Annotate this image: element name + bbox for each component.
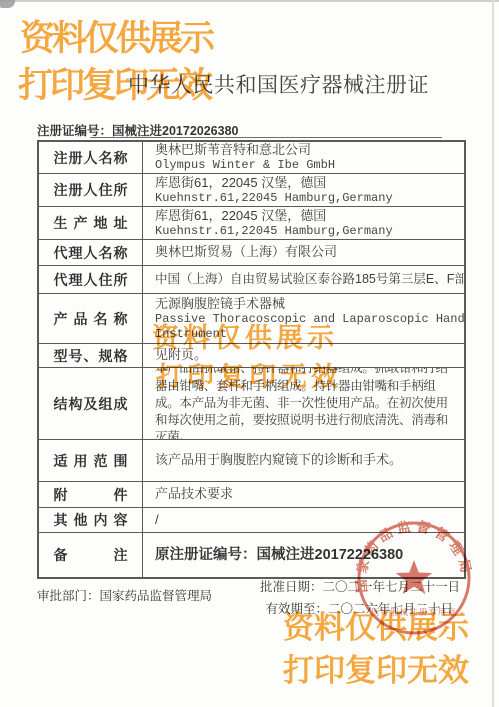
approval-department-value: 国家药品监督管理局 bbox=[100, 589, 213, 603]
row-label: 代理人住所 bbox=[54, 270, 128, 290]
row-value-cell: 奥林巴斯苇音特和意北公司 Olympus Winter & Ibe GmbH bbox=[143, 142, 464, 173]
table-row-production-address: 生产地址 库恩街61，22045 汉堡，德国 Kuehnstr.61,22045… bbox=[39, 206, 464, 239]
certificate-page: 资料仅供展示 打印复印无效 资料仅供展示 打印复印无效 资料仅供展示 打印复印无… bbox=[0, 0, 499, 707]
table-row-registrant-address: 注册人住所 库恩街61，22045 汉堡，德国 Kuehnstr.61,2204… bbox=[39, 173, 464, 206]
value-zh: 该产品用于胸腹腔内窥镜下的诊断和手术。 bbox=[155, 452, 458, 468]
row-label: 结构及组成 bbox=[54, 394, 128, 414]
approval-department-line: 审批部门：国家药品监督管理局 bbox=[37, 586, 212, 604]
value-en: Kuehnstr.61,22045 Hamburg,Germany bbox=[155, 224, 458, 238]
row-label: 注册人名称 bbox=[54, 148, 128, 168]
registration-number-line: 注册证编号：国械注进20172026380 bbox=[37, 121, 239, 139]
approval-department-label: 审批部门： bbox=[37, 589, 100, 603]
value-zh: 奥林巴斯苇音特和意北公司 bbox=[155, 142, 458, 158]
value-zh: 库恩街61，22045 汉堡，德国 bbox=[155, 175, 458, 191]
table-row-agent-name: 代理人名称 奥林巴斯贸易（上海）有限公司 bbox=[39, 239, 464, 265]
row-value-cell: 中国（上海）自由贸易试验区泰谷路185号第三层E、F部位 bbox=[143, 266, 464, 293]
row-label-cell: 备注 bbox=[39, 533, 143, 577]
table-row-scope-of-application: 适用范围 该产品用于胸腹腔内窥镜下的诊断和手术。 bbox=[39, 439, 464, 481]
table-row-agent-address: 代理人住所 中国（上海）自由贸易试验区泰谷路185号第三层E、F部位 bbox=[39, 265, 464, 293]
scan-corner-mark bbox=[0, 0, 15, 8]
row-value-cell: 产品技术要求 bbox=[143, 482, 464, 507]
approval-date-label: 批准日期： bbox=[260, 580, 323, 594]
row-label: 适用范围 bbox=[54, 451, 128, 471]
watermark-middle-line1: 资料仅供展示 bbox=[152, 316, 338, 355]
scan-right-edge bbox=[492, 0, 494, 707]
row-label: 型号、规格 bbox=[54, 346, 128, 366]
row-label-cell: 型号、规格 bbox=[39, 344, 143, 367]
watermark-bottom-line1: 资料仅供展示 bbox=[283, 602, 469, 647]
row-value-cell: 库恩街61，22045 汉堡，德国 Kuehnstr.61,22045 Hamb… bbox=[143, 207, 464, 239]
row-label-cell: 生产地址 bbox=[39, 207, 143, 239]
row-label: 备注 bbox=[54, 545, 128, 565]
row-label-cell: 附件 bbox=[39, 482, 143, 507]
watermark-bottom-line2: 打印复印无效 bbox=[283, 645, 469, 690]
watermark-top-line2: 打印复印无效 bbox=[18, 58, 210, 108]
row-label-cell: 代理人住所 bbox=[39, 266, 143, 293]
row-value-cell: 奥林巴斯贸易（上海）有限公司 bbox=[143, 240, 464, 265]
seal-star-icon bbox=[396, 560, 432, 594]
value-en: Kuehnstr.61,22045 Hamburg,Germany bbox=[155, 191, 458, 205]
table-row-attachment: 附件 产品技术要求 bbox=[39, 481, 464, 507]
row-label: 生产地址 bbox=[54, 213, 128, 233]
value-zh: 无源胸腹腔镜手术器械 bbox=[155, 296, 458, 312]
scan-top-edge bbox=[0, 0, 499, 2]
row-value-cell: 该产品用于胸腹腔内窥镜下的诊断和手术。 bbox=[143, 440, 464, 481]
table-row-registrant-name: 注册人名称 奥林巴斯苇音特和意北公司 Olympus Winter & Ibe … bbox=[39, 142, 464, 173]
value-zh: 产品技术要求 bbox=[155, 486, 458, 502]
row-label: 其他内容 bbox=[54, 510, 128, 530]
row-label-cell: 其他内容 bbox=[39, 508, 143, 532]
value-zh: 中国（上海）自由贸易试验区泰谷路185号第三层E、F部位 bbox=[155, 272, 458, 288]
watermark-top-line1: 资料仅供展示 bbox=[20, 11, 212, 61]
row-label: 附件 bbox=[54, 485, 128, 505]
row-label: 注册人住所 bbox=[54, 180, 128, 200]
registration-number-label: 注册证编号： bbox=[37, 124, 112, 138]
row-label: 代理人名称 bbox=[54, 243, 128, 263]
row-value-cell: 库恩街61，22045 汉堡，德国 Kuehnstr.61,22045 Hamb… bbox=[143, 174, 464, 206]
row-label-cell: 注册人名称 bbox=[39, 142, 143, 173]
row-label-cell: 适用范围 bbox=[39, 440, 143, 481]
value-zh: 奥林巴斯贸易（上海）有限公司 bbox=[155, 244, 458, 260]
value-zh: 库恩街61，22045 汉堡，德国 bbox=[155, 208, 458, 224]
row-label: 产品名称 bbox=[54, 309, 128, 329]
row-label-cell: 产品名称 bbox=[39, 294, 143, 343]
value-en: Olympus Winter & Ibe GmbH bbox=[155, 158, 458, 172]
row-label-cell: 代理人名称 bbox=[39, 240, 143, 265]
row-label-cell: 注册人住所 bbox=[39, 174, 143, 206]
watermark-middle-line2: 打印复印无效 bbox=[156, 355, 342, 394]
row-label-cell: 结构及组成 bbox=[39, 368, 143, 439]
registration-number-value: 国械注进20172026380 bbox=[112, 124, 238, 138]
